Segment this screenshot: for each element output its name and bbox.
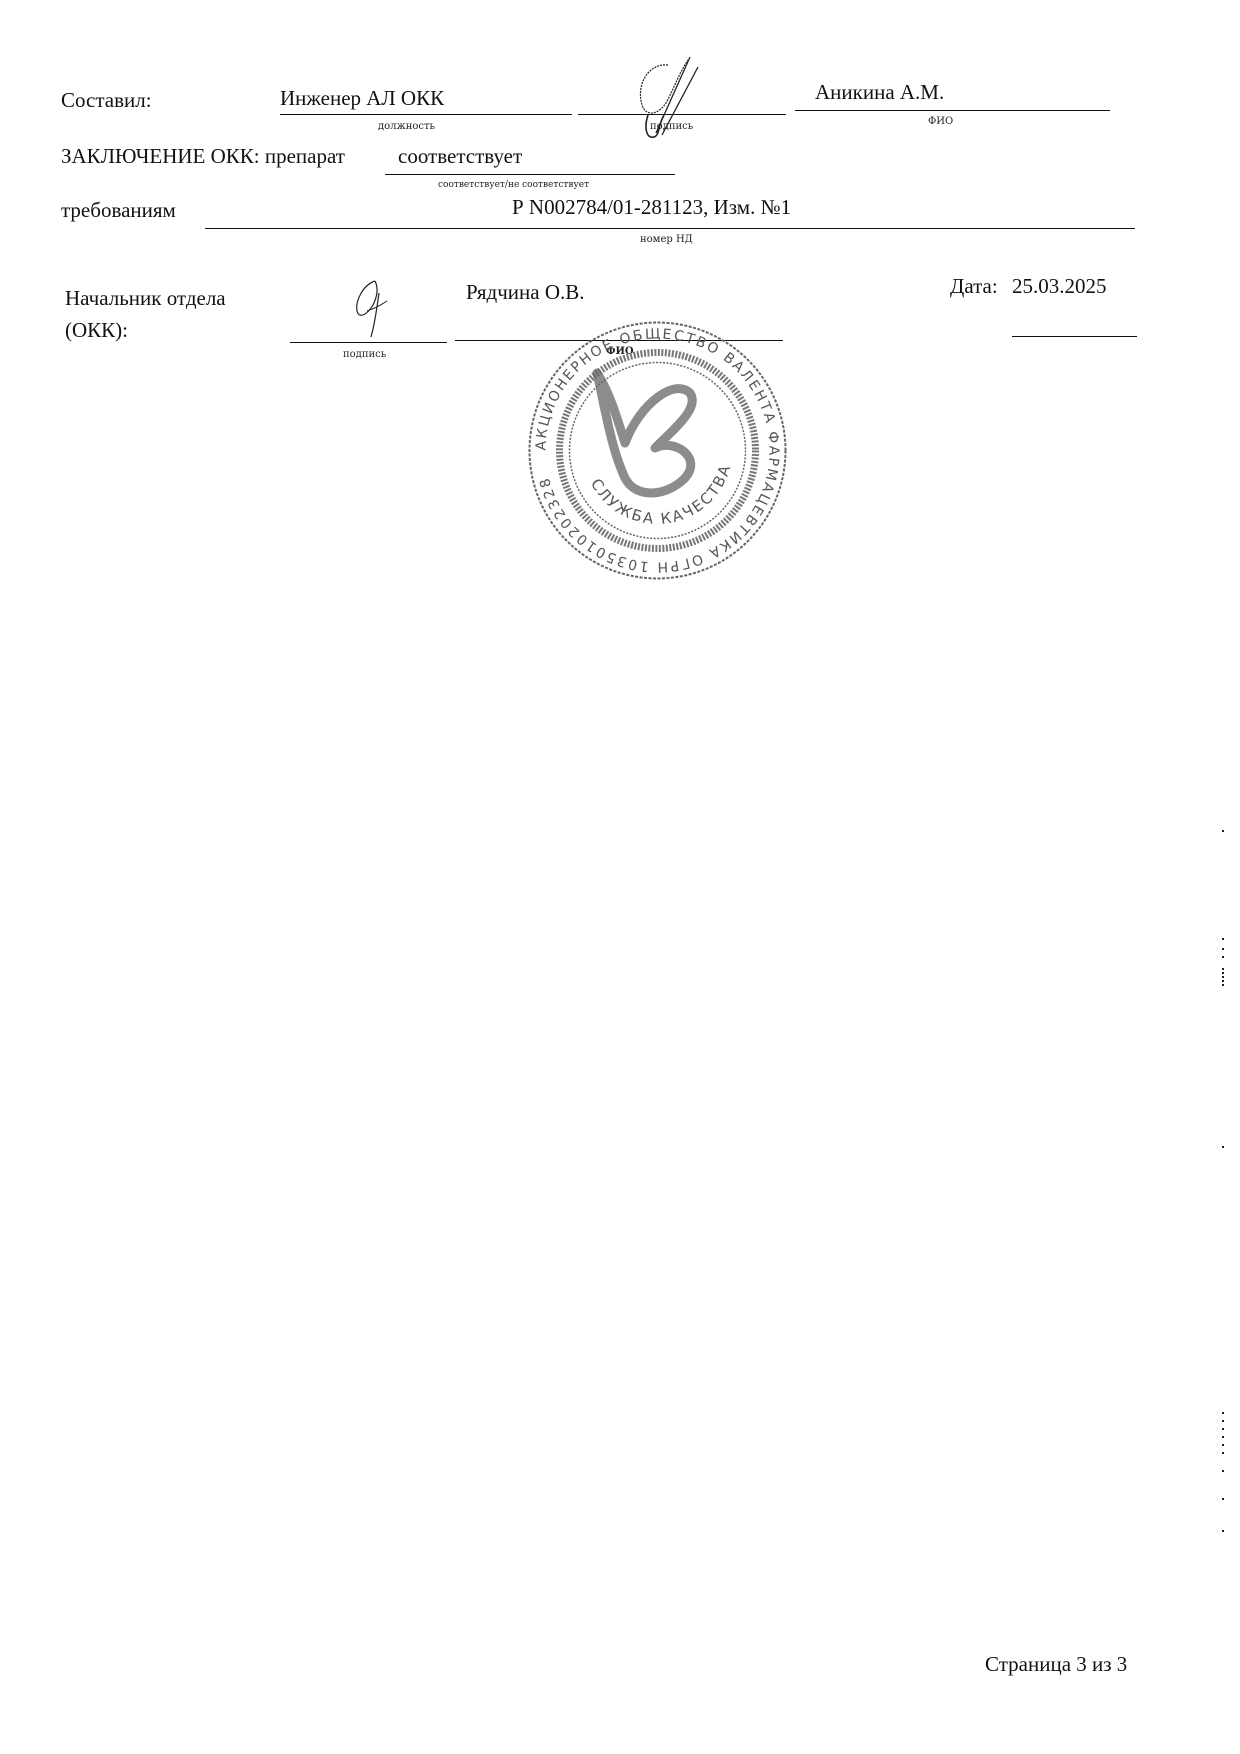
approval-signature-underline xyxy=(290,342,447,343)
position-underline xyxy=(280,114,572,115)
page-number: Страница 3 из 3 xyxy=(985,1652,1127,1677)
date-label: Дата: xyxy=(950,274,998,299)
date-underline xyxy=(1012,336,1137,337)
approval-label-line1: Начальник отдела xyxy=(65,286,226,311)
conclusion-label: ЗАКЛЮЧЕНИЕ ОКК: препарат xyxy=(61,144,345,169)
compiled-by-label: Составил: xyxy=(61,88,152,113)
conclusion-value: соответствует xyxy=(398,144,522,169)
name-caption: ФИО xyxy=(928,116,953,127)
compiled-name: Аникина А.М. xyxy=(815,80,944,105)
v-logo-icon xyxy=(597,373,692,493)
approval-label-line2: (ОКК): xyxy=(65,318,128,343)
scan-artifacts xyxy=(1222,830,1224,1730)
nd-caption: номер НД xyxy=(640,234,693,245)
approval-signature-caption: подпись xyxy=(343,349,386,360)
nd-underline xyxy=(205,228,1135,229)
conclusion-underline xyxy=(385,174,675,175)
nd-number: Р N002784/01-281123, Изм. №1 xyxy=(512,195,791,220)
compiled-position: Инженер АЛ ОКК xyxy=(280,86,444,111)
signature-icon xyxy=(628,55,718,145)
approval-name: Рядчина О.В. xyxy=(466,280,585,305)
quality-service-stamp: АКЦИОНЕРНОЕ ОБЩЕСТВО ВАЛЕНТА ФАРМАЦЕВТИК… xyxy=(525,318,790,583)
signature-icon xyxy=(345,275,405,340)
position-caption: должность xyxy=(378,121,435,132)
name-underline xyxy=(795,110,1110,111)
conclusion-caption: соответствует/не соответствует xyxy=(438,180,589,190)
requirements-label: требованиям xyxy=(61,198,176,223)
date-value: 25.03.2025 xyxy=(1012,274,1107,299)
